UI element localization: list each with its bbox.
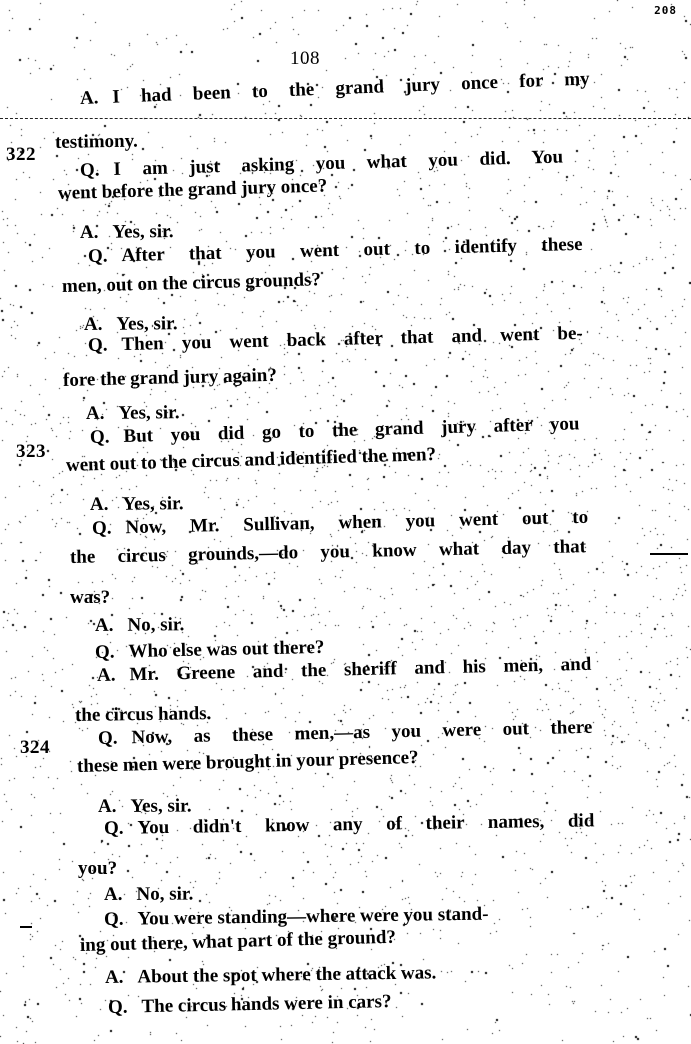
transcript-line: ing out there, what part of the ground? [80,927,396,957]
transcript-line: Q.The circus hands were in cars? [108,991,392,1019]
answer-marker: A. [105,967,124,989]
answer-marker: A. [95,615,114,637]
question-marker: Q. [95,642,115,664]
line-text: About the spot where the attack was. [137,962,436,987]
line-text: the circus hands. [75,703,212,726]
corner-page-stamp: 208 [654,4,677,17]
transcript-line: fore the grand jury again? [63,365,277,392]
answer-marker: A. [80,87,99,110]
page-number: 108 [0,48,610,70]
line-text: I am just asking you what you did. You [113,147,563,181]
transcript-line: A.Yes, sir. [86,402,180,425]
line-text: I had been to the grand jury once for my [112,68,590,107]
line-text: Who else was out there? [128,637,324,662]
margin-number-322: 322 [6,144,36,166]
transcript-line: men, out on the circus grounds? [62,269,321,298]
line-text: The circus hands were in cars? [141,991,391,1017]
question-marker: Q. [104,909,124,931]
question-marker: Q. [98,728,118,750]
line-text: You were standing—where were you stand- [137,904,488,930]
question-marker: Q. [88,335,108,357]
line-text: men, out on the circus grounds? [62,269,321,297]
line-text: Then you went back after that and went b… [121,323,583,355]
line-text: Yes, sir. [130,796,191,817]
line-text: ing out there, what part of the ground? [80,927,396,956]
transcript-line: you? [78,858,117,880]
line-text: Yes, sir. [112,221,173,243]
transcript-line: the circus hands. [75,703,212,727]
margin-number-323: 323 [16,441,46,463]
margin-number-324: 324 [20,737,50,759]
line-text: testimony. [55,131,138,153]
answer-marker: A. [80,222,99,244]
line-text: you? [78,858,117,879]
line-text: was? [70,587,110,608]
question-marker: Q. [80,159,100,182]
transcript-line: A.I had been to the grand jury once for … [80,68,590,110]
transcript-line: A.Yes, sir. [80,221,174,244]
question-marker: Q. [88,246,108,268]
line-text: Yes, sir. [118,402,179,424]
line-text: No, sir. [127,614,184,635]
line-text: After that you went out to identify thes… [121,234,583,266]
header-divider [0,118,691,119]
transcript-line: A.Yes, sir. [98,796,192,818]
transcript-line: Q.You were standing—where were you stand… [104,904,489,931]
transcript-line: A.Yes, sir. [90,493,184,516]
line-text: Now, Mr. Sullivan, when you went out to [125,507,588,538]
line-text: Yes, sir. [116,313,177,335]
transcript-line: A.About the spot where the attack was. [105,962,437,989]
transcript-line: testimony. [55,131,138,154]
question-marker: Q. [92,518,112,540]
line-text: these men were brought in your presence? [77,747,419,777]
transcript-line: these men were brought in your presence? [77,747,419,778]
line-text: Yes, sir. [122,493,183,515]
transcript-line: A.No, sir. [95,614,185,637]
question-marker: Q. [104,818,124,840]
question-marker: Q. [90,426,110,449]
line-text: But you did go to the grand jury after y… [123,413,580,447]
transcript-page: 208 108 322 323 324 A.I had been to the … [0,0,691,1044]
question-marker: Q. [108,997,128,1019]
line-text: went out to the circus and identified th… [66,444,437,476]
answer-marker: A. [98,796,117,818]
line-text: No, sir. [136,884,193,905]
answer-marker: A. [86,403,105,425]
answer-marker: A. [84,314,103,336]
transcript-line: the circus grounds,—do you know what day… [70,536,586,569]
answer-marker: A. [90,494,109,516]
transcript-line: was? [70,587,110,609]
line-text: fore the grand jury again? [63,365,277,391]
line-text: You didn't know any of their names, did [137,810,594,838]
transcript-line: went out to the circus and identified th… [66,444,437,477]
transcript-line: A.No, sir. [104,884,193,906]
answer-marker: A. [97,665,116,687]
edge-mark [20,926,32,928]
answer-marker: A. [104,884,123,906]
line-text: the circus grounds,—do you know what day… [70,536,586,568]
edge-mark [650,553,688,555]
